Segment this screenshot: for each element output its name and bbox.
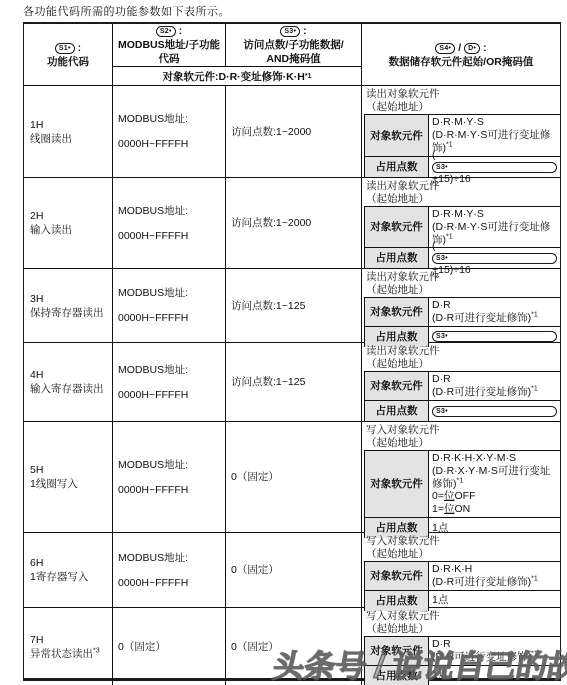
occupy-row: 占用点数( S3• +15)÷16*2 xyxy=(365,157,560,177)
data-device-cell: 读出对象软元件 （起始地址）对象软元件D·R·M·Y·S(D·R·M·Y·S可进… xyxy=(362,178,560,268)
function-code: 4H xyxy=(30,368,112,382)
device-subtable: 对象软元件D·R·K·H·X·Y·M·S(D·R·X·Y·M·S可进行变址修饰)… xyxy=(364,450,560,538)
device-subtable: 对象软元件D·R(D·R可进行变址修饰)*1占用点数S3• xyxy=(364,297,560,347)
device-value-line: 1=位ON xyxy=(432,503,557,516)
device-value-line: (D·R·X·Y·M·S可进行变址修饰)*1 xyxy=(432,465,557,491)
operand-pill: S3• xyxy=(432,253,557,264)
target-device-heading: 读出对象软元件 （起始地址） xyxy=(362,343,560,371)
data-device-cell: 写入对象软元件 （起始地址）对象软元件D·R·K·H(D·R可进行变址修饰)*1… xyxy=(362,533,560,607)
modbus-address-cell: MODBUS地址:0000H~FFFFH xyxy=(113,178,226,268)
table-row: 1H线圈读出MODBUS地址:0000H~FFFFH访问点数:1~2000读出对… xyxy=(24,86,560,178)
access-points-cell: 访问点数:1~125 xyxy=(226,343,362,421)
intro-text: 各功能代码所需的功能参数如下表所示。 xyxy=(23,3,230,19)
modbus-line: MODBUS地址: xyxy=(118,458,225,472)
function-code-cell: 3H保持寄存器读出 xyxy=(24,269,113,342)
device-subtable: 对象软元件D·R·K·H(D·R可进行变址修饰)*1占用点数1点 xyxy=(364,561,560,611)
occupy-value: S3• xyxy=(429,401,560,421)
access-points-value: 0（固定） xyxy=(231,470,361,484)
data-device-cell: 读出对象软元件 （起始地址）对象软元件D·R·M·Y·S(D·R·M·Y·S可进… xyxy=(362,86,560,177)
occupy-row: 占用点数S3• xyxy=(365,401,560,421)
device-subtable: 对象软元件D·R·M·Y·S(D·R·M·Y·S可进行变址修饰)*1占用点数( … xyxy=(364,206,560,268)
function-code-cell: 1H线圈读出 xyxy=(24,86,113,177)
target-device-heading: 写入对象软元件 （起始地址） xyxy=(362,608,560,636)
target-device-heading: 写入对象软元件 （起始地址） xyxy=(362,533,560,561)
device-label: 对象软元件 xyxy=(365,451,429,517)
function-code: 5H xyxy=(30,463,112,477)
function-code-cell: 6H1寄存器写入 xyxy=(24,533,113,607)
occupy-label: 占用点数 xyxy=(365,157,429,177)
device-value-line: D·R·K·H·X·Y·M·S xyxy=(432,452,557,465)
modbus-line: MODBUS地址: xyxy=(118,551,225,565)
device-value-line: D·R·M·Y·S xyxy=(432,116,557,129)
access-points-cell: 访问点数:1~125 xyxy=(226,269,362,342)
header-col4-label: 数据储存软元件起始/OR掩码值 xyxy=(389,55,534,69)
occupy-label: 占用点数 xyxy=(365,248,429,268)
header-col2-pills: S2• : xyxy=(156,24,182,38)
occupy-value: ( S3• +15)÷16*2 xyxy=(429,248,560,268)
access-points-value: 0（固定） xyxy=(231,563,361,577)
modbus-address-cell: MODBUS地址:0000H~FFFFH xyxy=(113,533,226,607)
header-access-points: S3• : 访问点数/子功能数据/ AND掩码值 xyxy=(226,24,361,66)
target-device-heading: 写入对象软元件 （起始地址） xyxy=(362,422,560,450)
table-row: 3H保持寄存器读出MODBUS地址:0000H~FFFFH访问点数:1~125读… xyxy=(24,269,560,343)
function-code-cell: 5H1线圈写入 xyxy=(24,422,113,532)
function-name: 输入寄存器读出 xyxy=(30,382,112,396)
modbus-line: 0000H~FFFFH xyxy=(118,311,225,325)
access-points-value: 访问点数:1~125 xyxy=(231,299,361,313)
header-col1-label: 功能代码 xyxy=(47,55,89,69)
occupy-row: 占用点数( S3• +15)÷16*2 xyxy=(365,248,560,268)
device-value-line: D·R·K·H xyxy=(432,563,557,576)
device-row: 对象软元件D·R(D·R可进行变址修饰)*1 xyxy=(365,298,560,327)
device-label: 对象软元件 xyxy=(365,562,429,590)
device-row: 对象软元件D·R·K·H(D·R可进行变址修饰)*1 xyxy=(365,562,560,591)
table-row: 2H输入读出MODBUS地址:0000H~FFFFH访问点数:1~2000读出对… xyxy=(24,178,560,269)
modbus-line: 0000H~FFFFH xyxy=(118,576,225,590)
modbus-address-cell: MODBUS地址:0000H~FFFFH xyxy=(113,86,226,177)
occupy-label: 占用点数 xyxy=(365,401,429,421)
access-points-cell: 访问点数:1~2000 xyxy=(226,178,362,268)
modbus-line: 0（固定） xyxy=(118,640,225,654)
device-label: 对象软元件 xyxy=(365,207,429,247)
function-name: 线圈读出 xyxy=(30,132,112,146)
modbus-line: 0000H~FFFFH xyxy=(118,229,225,243)
function-code: 7H xyxy=(30,633,112,647)
modbus-address-cell: 0（固定） xyxy=(113,608,226,685)
modbus-line: 0000H~FFFFH xyxy=(118,388,225,402)
device-value-line: D·R xyxy=(432,299,557,312)
operand-pill: S3• xyxy=(432,331,557,342)
operand-pill: S3• xyxy=(432,162,557,173)
table-row: 6H1寄存器写入MODBUS地址:0000H~FFFFH0（固定）写入对象软元件… xyxy=(24,533,560,608)
header-col3-label: 访问点数/子功能数据/ AND掩码值 xyxy=(243,38,343,66)
function-code-cell: 7H异常状态读出*3 xyxy=(24,608,113,685)
target-device-heading: 读出对象软元件 （起始地址） xyxy=(362,269,560,297)
data-device-cell: 读出对象软元件 （起始地址）对象软元件D·R(D·R可进行变址修饰)*1占用点数… xyxy=(362,343,560,421)
modbus-line: MODBUS地址: xyxy=(118,112,225,126)
header-col3-pills: S3• : xyxy=(280,24,306,38)
device-row: 对象软元件D·R(D·R可进行变址修饰)*1 xyxy=(365,372,560,401)
device-value-line: 0=位OFF xyxy=(432,490,557,503)
function-name: 1线圈写入 xyxy=(30,477,112,491)
device-subtable: 对象软元件D·R·M·Y·S(D·R·M·Y·S可进行变址修饰)*1占用点数( … xyxy=(364,114,560,177)
function-code-cell: 4H输入寄存器读出 xyxy=(24,343,113,421)
function-code-cell: 2H输入读出 xyxy=(24,178,113,268)
function-name: 输入读出 xyxy=(30,223,112,237)
function-name: 1寄存器写入 xyxy=(30,570,112,584)
access-points-value: 访问点数:1~2000 xyxy=(231,216,361,230)
function-code: 3H xyxy=(30,292,112,306)
device-label: 对象软元件 xyxy=(365,115,429,156)
device-value: D·R(D·R可进行变址修饰)*1 xyxy=(429,298,560,326)
modbus-line: 0000H~FFFFH xyxy=(118,483,225,497)
device-value-line: (D·R可进行变址修饰)*1 xyxy=(432,576,557,589)
access-points-cell: 0（固定） xyxy=(226,533,362,607)
header-col2-label: MODBUS地址/子功能代码 xyxy=(113,38,225,66)
modbus-line: MODBUS地址: xyxy=(118,363,225,377)
modbus-line: MODBUS地址: xyxy=(118,204,225,218)
header-target-device-subrow: 对象软元件:D·R·变址修饰·K·H*1 xyxy=(113,66,361,86)
operand-pill: S2• xyxy=(156,26,176,37)
function-name: 异常状态读出*3 xyxy=(30,647,112,661)
table-row: 5H1线圈写入MODBUS地址:0000H~FFFFH0（固定）写入对象软元件 … xyxy=(24,422,560,533)
device-row: 对象软元件D·R·K·H·X·Y·M·S(D·R·X·Y·M·S可进行变址修饰)… xyxy=(365,451,560,518)
function-code: 1H xyxy=(30,118,112,132)
function-parameter-table: S1• : 功能代码 S2• : MODBUS地址/子功能代码 S3• : 访问… xyxy=(23,22,561,681)
operand-pill: S1• xyxy=(55,43,75,54)
operand-pill: S4• xyxy=(435,43,455,54)
header-col4-pills: S4• / D• : xyxy=(435,41,486,55)
watermark: 头条号 / 说说自己的故事 xyxy=(270,641,567,685)
target-device-heading: 读出对象软元件 （起始地址） xyxy=(362,178,560,206)
modbus-line: MODBUS地址: xyxy=(118,286,225,300)
access-points-value: 访问点数:1~125 xyxy=(231,375,361,389)
device-value-line: (D·R可进行变址修饰)*1 xyxy=(432,312,557,325)
device-label: 对象软元件 xyxy=(365,298,429,326)
modbus-address-cell: MODBUS地址:0000H~FFFFH xyxy=(113,343,226,421)
device-value-line: D·R·M·Y·S xyxy=(432,208,557,221)
table-body: 1H线圈读出MODBUS地址:0000H~FFFFH访问点数:1~2000读出对… xyxy=(24,86,560,685)
modbus-address-cell: MODBUS地址:0000H~FFFFH xyxy=(113,422,226,532)
header-data-storage: S4• / D• : 数据储存软元件起始/OR掩码值 xyxy=(362,24,560,85)
header-modbus-address: S2• : MODBUS地址/子功能代码 xyxy=(113,24,226,66)
device-label: 对象软元件 xyxy=(365,372,429,400)
function-code: 2H xyxy=(30,209,112,223)
access-points-cell: 0（固定） xyxy=(226,422,362,532)
function-name: 保持寄存器读出 xyxy=(30,306,112,320)
data-device-cell: 读出对象软元件 （起始地址）对象软元件D·R(D·R可进行变址修饰)*1占用点数… xyxy=(362,269,560,342)
header-col1-pills: S1• : xyxy=(55,41,81,55)
device-value: D·R(D·R可进行变址修饰)*1 xyxy=(429,372,560,400)
operand-pill: S3• xyxy=(432,406,557,417)
subheader-text: 对象软元件:D·R·变址修饰·K·H xyxy=(163,69,305,84)
device-value: D·R·K·H·X·Y·M·S(D·R·X·Y·M·S可进行变址修饰)*10=位… xyxy=(429,451,560,517)
operand-pill: D• xyxy=(464,43,480,54)
header-middle-group: S2• : MODBUS地址/子功能代码 S3• : 访问点数/子功能数据/ A… xyxy=(113,24,362,85)
modbus-line: 0000H~FFFFH xyxy=(118,137,225,151)
target-device-heading: 读出对象软元件 （起始地址） xyxy=(362,86,560,114)
device-value-line: D·R xyxy=(432,373,557,386)
device-value: D·R·K·H(D·R可进行变址修饰)*1 xyxy=(429,562,560,590)
access-points-value: 访问点数:1~2000 xyxy=(231,125,361,139)
occupy-value: ( S3• +15)÷16*2 xyxy=(429,157,560,177)
operand-pill: S3• xyxy=(280,26,300,37)
modbus-address-cell: MODBUS地址:0000H~FFFFH xyxy=(113,269,226,342)
access-points-cell: 访问点数:1~2000 xyxy=(226,86,362,177)
header-function-code: S1• : 功能代码 xyxy=(24,24,113,85)
device-value-line: (D·R可进行变址修饰)*1 xyxy=(432,386,557,399)
function-code: 6H xyxy=(30,556,112,570)
table-row: 4H输入寄存器读出MODBUS地址:0000H~FFFFH访问点数:1~125读… xyxy=(24,343,560,422)
table-header: S1• : 功能代码 S2• : MODBUS地址/子功能代码 S3• : 访问… xyxy=(24,24,560,86)
device-subtable: 对象软元件D·R(D·R可进行变址修饰)*1占用点数S3• xyxy=(364,371,560,421)
data-device-cell: 写入对象软元件 （起始地址）对象软元件D·R·K·H·X·Y·M·S(D·R·X… xyxy=(362,422,560,532)
